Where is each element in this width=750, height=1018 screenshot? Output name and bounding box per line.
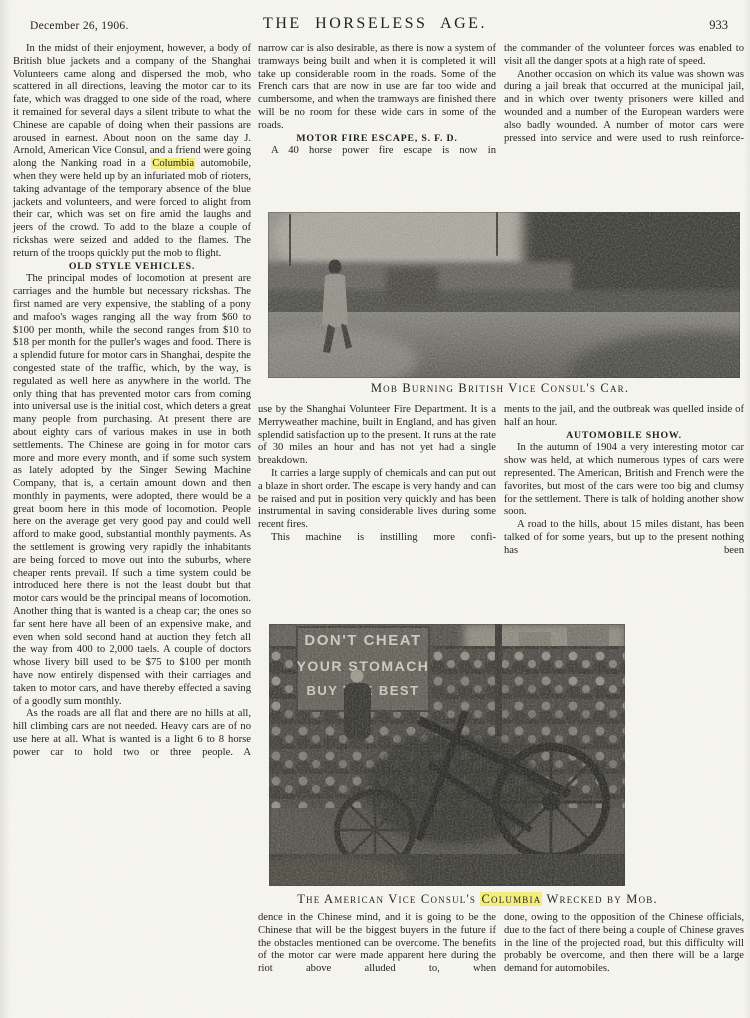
photo1-caption: Mob Burning British Vice Consul's Car. xyxy=(255,381,745,396)
paragraph: The principal modes of locomotion at pre… xyxy=(13,273,251,708)
search-highlight: Columbia xyxy=(151,158,195,169)
paragraph: use by the Shanghai Volunteer Fire Depar… xyxy=(258,404,496,468)
column-3-top: the commander of the volunteer forces wa… xyxy=(504,43,744,145)
photo2-caption: The American Vice Consul's Columbia Wrec… xyxy=(255,892,700,907)
paragraph: Another occasion on which its value was … xyxy=(504,69,744,146)
paragraph-text: In the midst of their enjoyment, however… xyxy=(13,43,251,169)
paragraph: narrow car is also desirable, as there i… xyxy=(258,43,496,133)
paragraph: In the midst of their enjoyment, however… xyxy=(13,43,251,261)
paragraph: It carries a large supply of chemicals a… xyxy=(258,468,496,532)
paragraph: In the autumn of 1904 a very interesting… xyxy=(504,442,744,519)
paragraph: the commander of the volunteer forces wa… xyxy=(504,43,744,69)
paragraph: This machine is instilling more confi- xyxy=(258,532,496,545)
paragraph: A 40 horse power fire escape is now in xyxy=(258,145,496,158)
column-2-bottom: dence in the Chinese mind, and it is goi… xyxy=(258,912,496,976)
column-3-bottom: done, owing to the opposition of the Chi… xyxy=(504,912,744,976)
column-1: In the midst of their enjoyment, however… xyxy=(13,43,251,1011)
magazine-page-scan: { "header": { "date": "December 26, 1906… xyxy=(0,0,750,1018)
scan-edge-shadow-right xyxy=(744,0,750,1018)
page-title: THE HORSELESS AGE. xyxy=(0,15,750,33)
photo2-grain xyxy=(269,624,625,886)
column-3-middle: ments to the jail, and the outbreak was … xyxy=(504,404,744,558)
paragraph: ments to the jail, and the outbreak was … xyxy=(504,404,744,430)
scan-edge-shadow-left xyxy=(0,0,10,1018)
photo-mob-burning-car xyxy=(268,212,740,378)
section-heading-automobile-show: AUTOMOBILE SHOW. xyxy=(504,430,744,443)
caption-text: The American Vice Consul's xyxy=(297,892,480,906)
paragraph: A road to the hills, about 15 miles dist… xyxy=(504,519,744,557)
search-highlight: Columbia xyxy=(480,892,542,906)
paragraph-text: automobile, when they were held up by an… xyxy=(13,158,251,259)
section-heading-motor-fire-escape: MOTOR FIRE ESCAPE, S. F. D. xyxy=(258,133,496,146)
paragraph: As the roads are all flat and there are … xyxy=(13,708,251,759)
page-number: 933 xyxy=(709,18,728,33)
column-2-middle: use by the Shanghai Volunteer Fire Depar… xyxy=(258,404,496,545)
photo1-grain xyxy=(268,212,740,378)
section-heading-old-style-vehicles: OLD STYLE VEHICLES. xyxy=(13,261,251,274)
paragraph: done, owing to the opposition of the Chi… xyxy=(504,912,744,976)
paragraph: dence in the Chinese mind, and it is goi… xyxy=(258,912,496,976)
photo-wrecked-columbia: DON'T CHEAT YOUR STOMACH BUY THE BEST xyxy=(269,624,625,886)
column-2-top: narrow car is also desirable, as there i… xyxy=(258,43,496,158)
caption-text: Wrecked by Mob. xyxy=(542,892,657,906)
